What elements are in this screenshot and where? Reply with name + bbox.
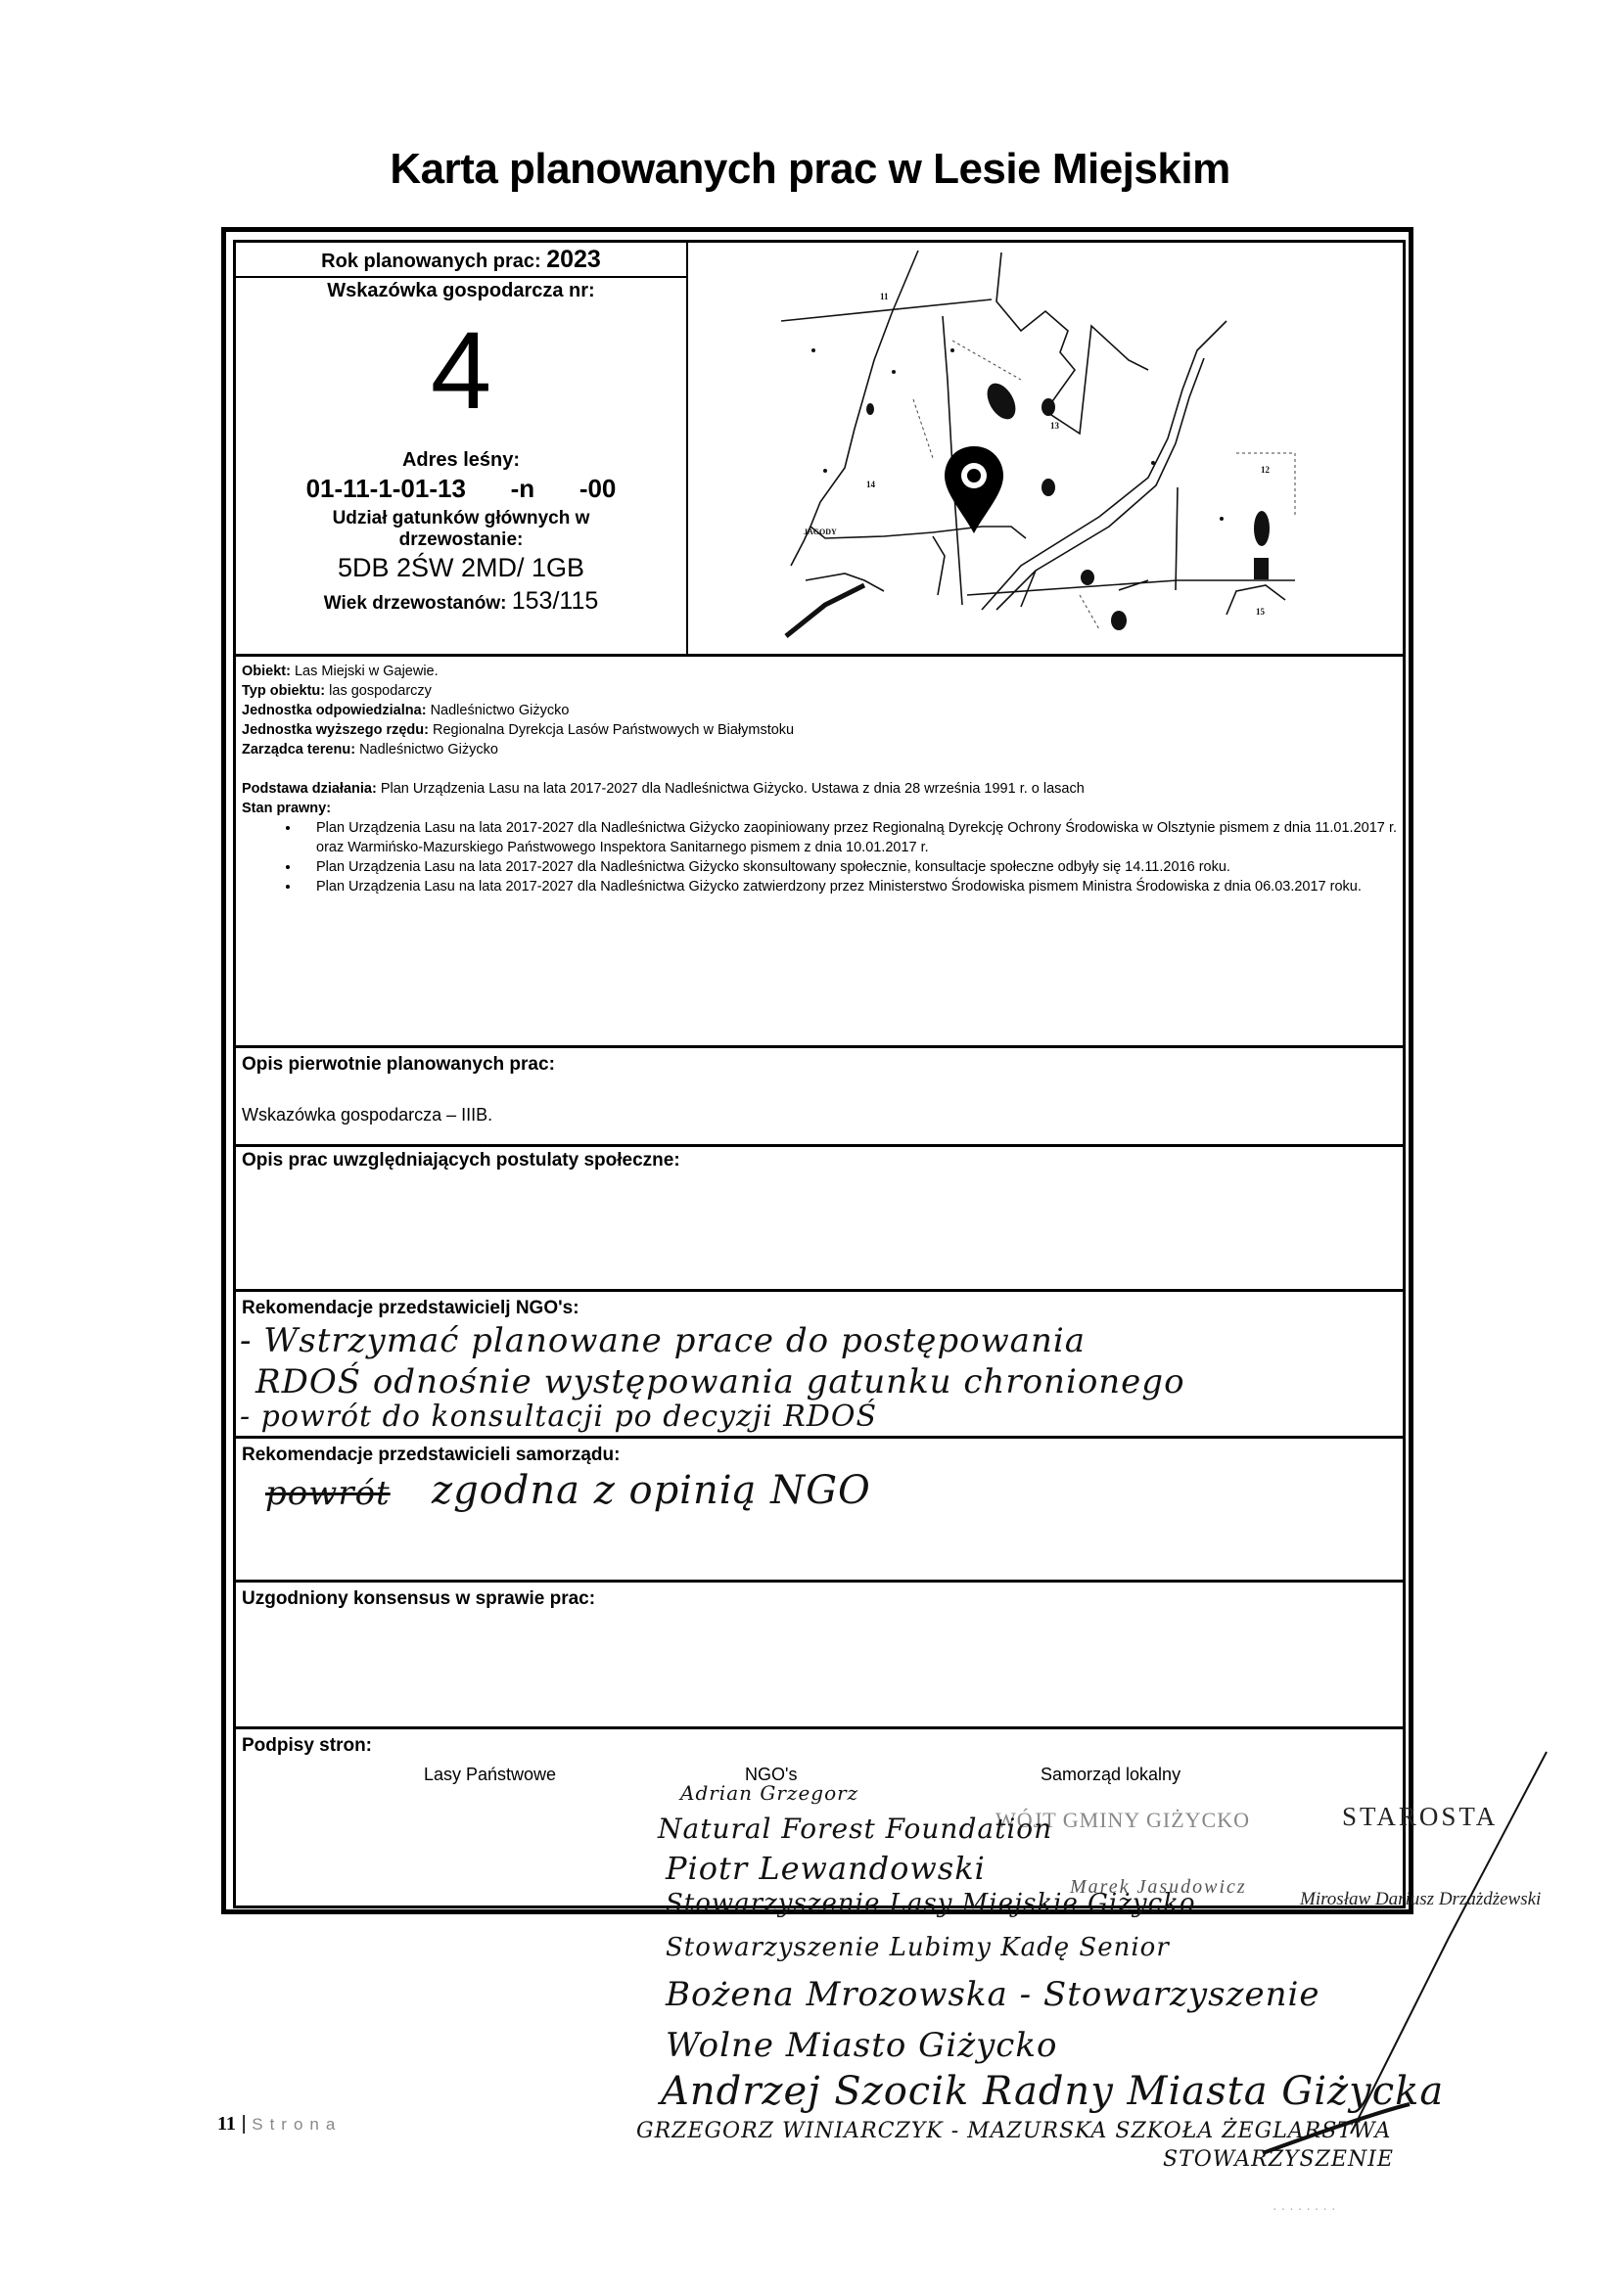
signature-column-samorzad: Samorząd lokalny [1041, 1765, 1180, 1785]
signature-handwritten: Bożena Mrozowska - Stowarzyszenie [666, 1975, 1319, 2014]
samorzad-struck-text: powrót [265, 1474, 391, 1513]
stan-item: Plan Urządzenia Lasu na lata 2017-2027 d… [301, 818, 1397, 857]
typ-row: Typ obiektu: las gospodarczy [242, 681, 1397, 701]
opis-pierwotny-value: Wskazówka gospodarcza – IIIB. [242, 1105, 492, 1125]
signature-handwritten: Piotr Lewandowski [666, 1850, 986, 1887]
opis-postulaty-label: Opis prac uwzględniających postulaty spo… [242, 1150, 680, 1171]
obiekt-label: Obiekt: [242, 664, 291, 679]
wyzsza-row: Jednostka wyższego rzędu: Regionalna Dyr… [242, 720, 1397, 740]
signature-handwritten: Natural Forest Foundation [658, 1813, 1052, 1845]
opis-pierwotny-section: Opis pierwotnie planowanych prac: Wskazó… [236, 1045, 1403, 1147]
starosta-signature-stroke [1253, 1742, 1586, 2212]
stan-label-row: Stan prawny: [242, 799, 1397, 818]
samorzad-handwritten: zgodna z opinią NGO [432, 1468, 871, 1513]
year-label: Rok planowanych prac: [321, 251, 541, 272]
konsensus-section: Uzgodniony konsensus w sprawie prac: [236, 1583, 1403, 1729]
zarzadca-value: Nadleśnictwo Giżycko [359, 742, 498, 758]
udzial-label: Udział gatunków głównych w drzewostanie: [236, 508, 686, 551]
wyzsza-value: Regionalna Dyrekcja Lasów Państwowych w … [433, 722, 794, 738]
page-footer: 11 | Strona [217, 2113, 342, 2135]
ngo-handwritten-line: - powrót do konsultacji po decyzji RDOŚ [240, 1400, 877, 1434]
samorzad-label: Rekomendacje przedstawicieli samorządu: [242, 1445, 620, 1466]
adres-value: 01-11-1-01-13 -n -00 [236, 474, 686, 504]
page-label: Strona [252, 2115, 342, 2134]
signature-handwritten: Wolne Miasto Giżycko [666, 2026, 1057, 2065]
signature-handwritten: Stowarzyszenie Lasy Miejskie Giżycko [666, 1889, 1196, 1918]
info-section: Obiekt: Las Miejski w Gajewie. Typ obiek… [242, 662, 1397, 896]
opis-pierwotny-label: Opis pierwotnie planowanych prac: [242, 1054, 555, 1076]
wiek-value: 153/115 [512, 587, 599, 615]
map-label-12: 12 [1261, 465, 1271, 475]
samorzad-recommendations-section: Rekomendacje przedstawicieli samorządu: … [236, 1439, 1403, 1583]
typ-value: las gospodarczy [329, 683, 432, 699]
ngo-label: Rekomendacje przedstawicielj NGO's: [242, 1298, 579, 1319]
wiek-label: Wiek drzewostanów: [324, 593, 507, 614]
wiek-row: Wiek drzewostanów: 153/115 [236, 587, 686, 616]
stan-label: Stan prawny: [242, 801, 331, 816]
stan-list: Plan Urządzenia Lasu na lata 2017-2027 d… [242, 818, 1397, 896]
podpisy-label: Podpisy stron: [242, 1735, 372, 1757]
signature-column-lasy: Lasy Państwowe [424, 1765, 556, 1785]
jednostka-row: Jednostka odpowiedzialna: Nadleśnictwo G… [242, 701, 1397, 720]
faded-stamp-text: · · · · · · · · [1273, 2200, 1336, 2216]
ngo-handwritten-line: RDOŚ odnośnie występowania gatunku chron… [255, 1362, 1185, 1401]
map-label-14: 14 [866, 480, 876, 489]
map-label-13: 13 [1050, 421, 1060, 431]
stan-item: Plan Urządzenia Lasu na lata 2017-2027 d… [301, 857, 1397, 877]
document-title: Karta planowanych prac w Lesie Miejskim [0, 145, 1620, 194]
jednostka-label: Jednostka odpowiedzialna: [242, 703, 427, 718]
jednostka-value: Nadleśnictwo Giżycko [431, 703, 570, 718]
typ-label: Typ obiektu: [242, 683, 325, 699]
adres-label: Adres leśny: [236, 449, 686, 472]
signature-handwritten: Adrian Grzegorz [680, 1781, 858, 1805]
stan-item: Plan Urządzenia Lasu na lata 2017-2027 d… [301, 877, 1397, 896]
podstawa-row: Podstawa działania: Plan Urządzenia Lasu… [242, 779, 1397, 799]
obiekt-value: Las Miejski w Gajewie. [295, 664, 439, 679]
map-label-11: 11 [880, 292, 889, 301]
ngo-recommendations-section: Rekomendacje przedstawicielj NGO's: - Ws… [236, 1292, 1403, 1439]
page-number: 11 [217, 2113, 236, 2135]
map-drawing: 11 13 14 12 15 JAGODY [688, 243, 1403, 654]
opis-postulaty-section: Opis prac uwzględniających postulaty spo… [236, 1144, 1403, 1292]
summary-section: Rok planowanych prac: 2023 Wskazówka gos… [236, 243, 1403, 657]
footer-separator: | [241, 2113, 246, 2135]
konsensus-label: Uzgodniony konsensus w sprawie prac: [242, 1588, 595, 1610]
svg-text:JAGODY: JAGODY [804, 528, 837, 536]
zarzadca-row: Zarządca terenu: Nadleśnictwo Giżycko [242, 740, 1397, 759]
map-pin-icon [945, 446, 1003, 533]
map-label-15: 15 [1256, 607, 1266, 617]
summary-panel: Rok planowanych prac: 2023 Wskazówka gos… [236, 243, 688, 654]
podstawa-value: Plan Urządzenia Lasu na lata 2017-2027 d… [381, 781, 1085, 797]
wyzsza-label: Jednostka wyższego rzędu: [242, 722, 429, 738]
year-row: Rok planowanych prac: 2023 [236, 243, 686, 278]
podstawa-label: Podstawa działania: [242, 781, 377, 797]
card: Rok planowanych prac: 2023 Wskazówka gos… [233, 240, 1406, 1908]
udzial-value: 5DB 2ŚW 2MD/ 1GB [236, 553, 686, 583]
year-value: 2023 [546, 246, 601, 273]
signature-handwritten: Stowarzyszenie Lubimy Kadę Senior [666, 1933, 1170, 1962]
forest-map[interactable]: 11 13 14 12 15 JAGODY [688, 243, 1403, 654]
wskazowka-number: 4 [236, 316, 686, 426]
wskazowka-label: Wskazówka gospodarcza nr: [236, 280, 686, 302]
ngo-handwritten-line: - Wstrzymać planowane prace do postępowa… [240, 1321, 1086, 1360]
obiekt-row: Obiekt: Las Miejski w Gajewie. [242, 662, 1397, 681]
zarzadca-label: Zarządca terenu: [242, 742, 355, 758]
